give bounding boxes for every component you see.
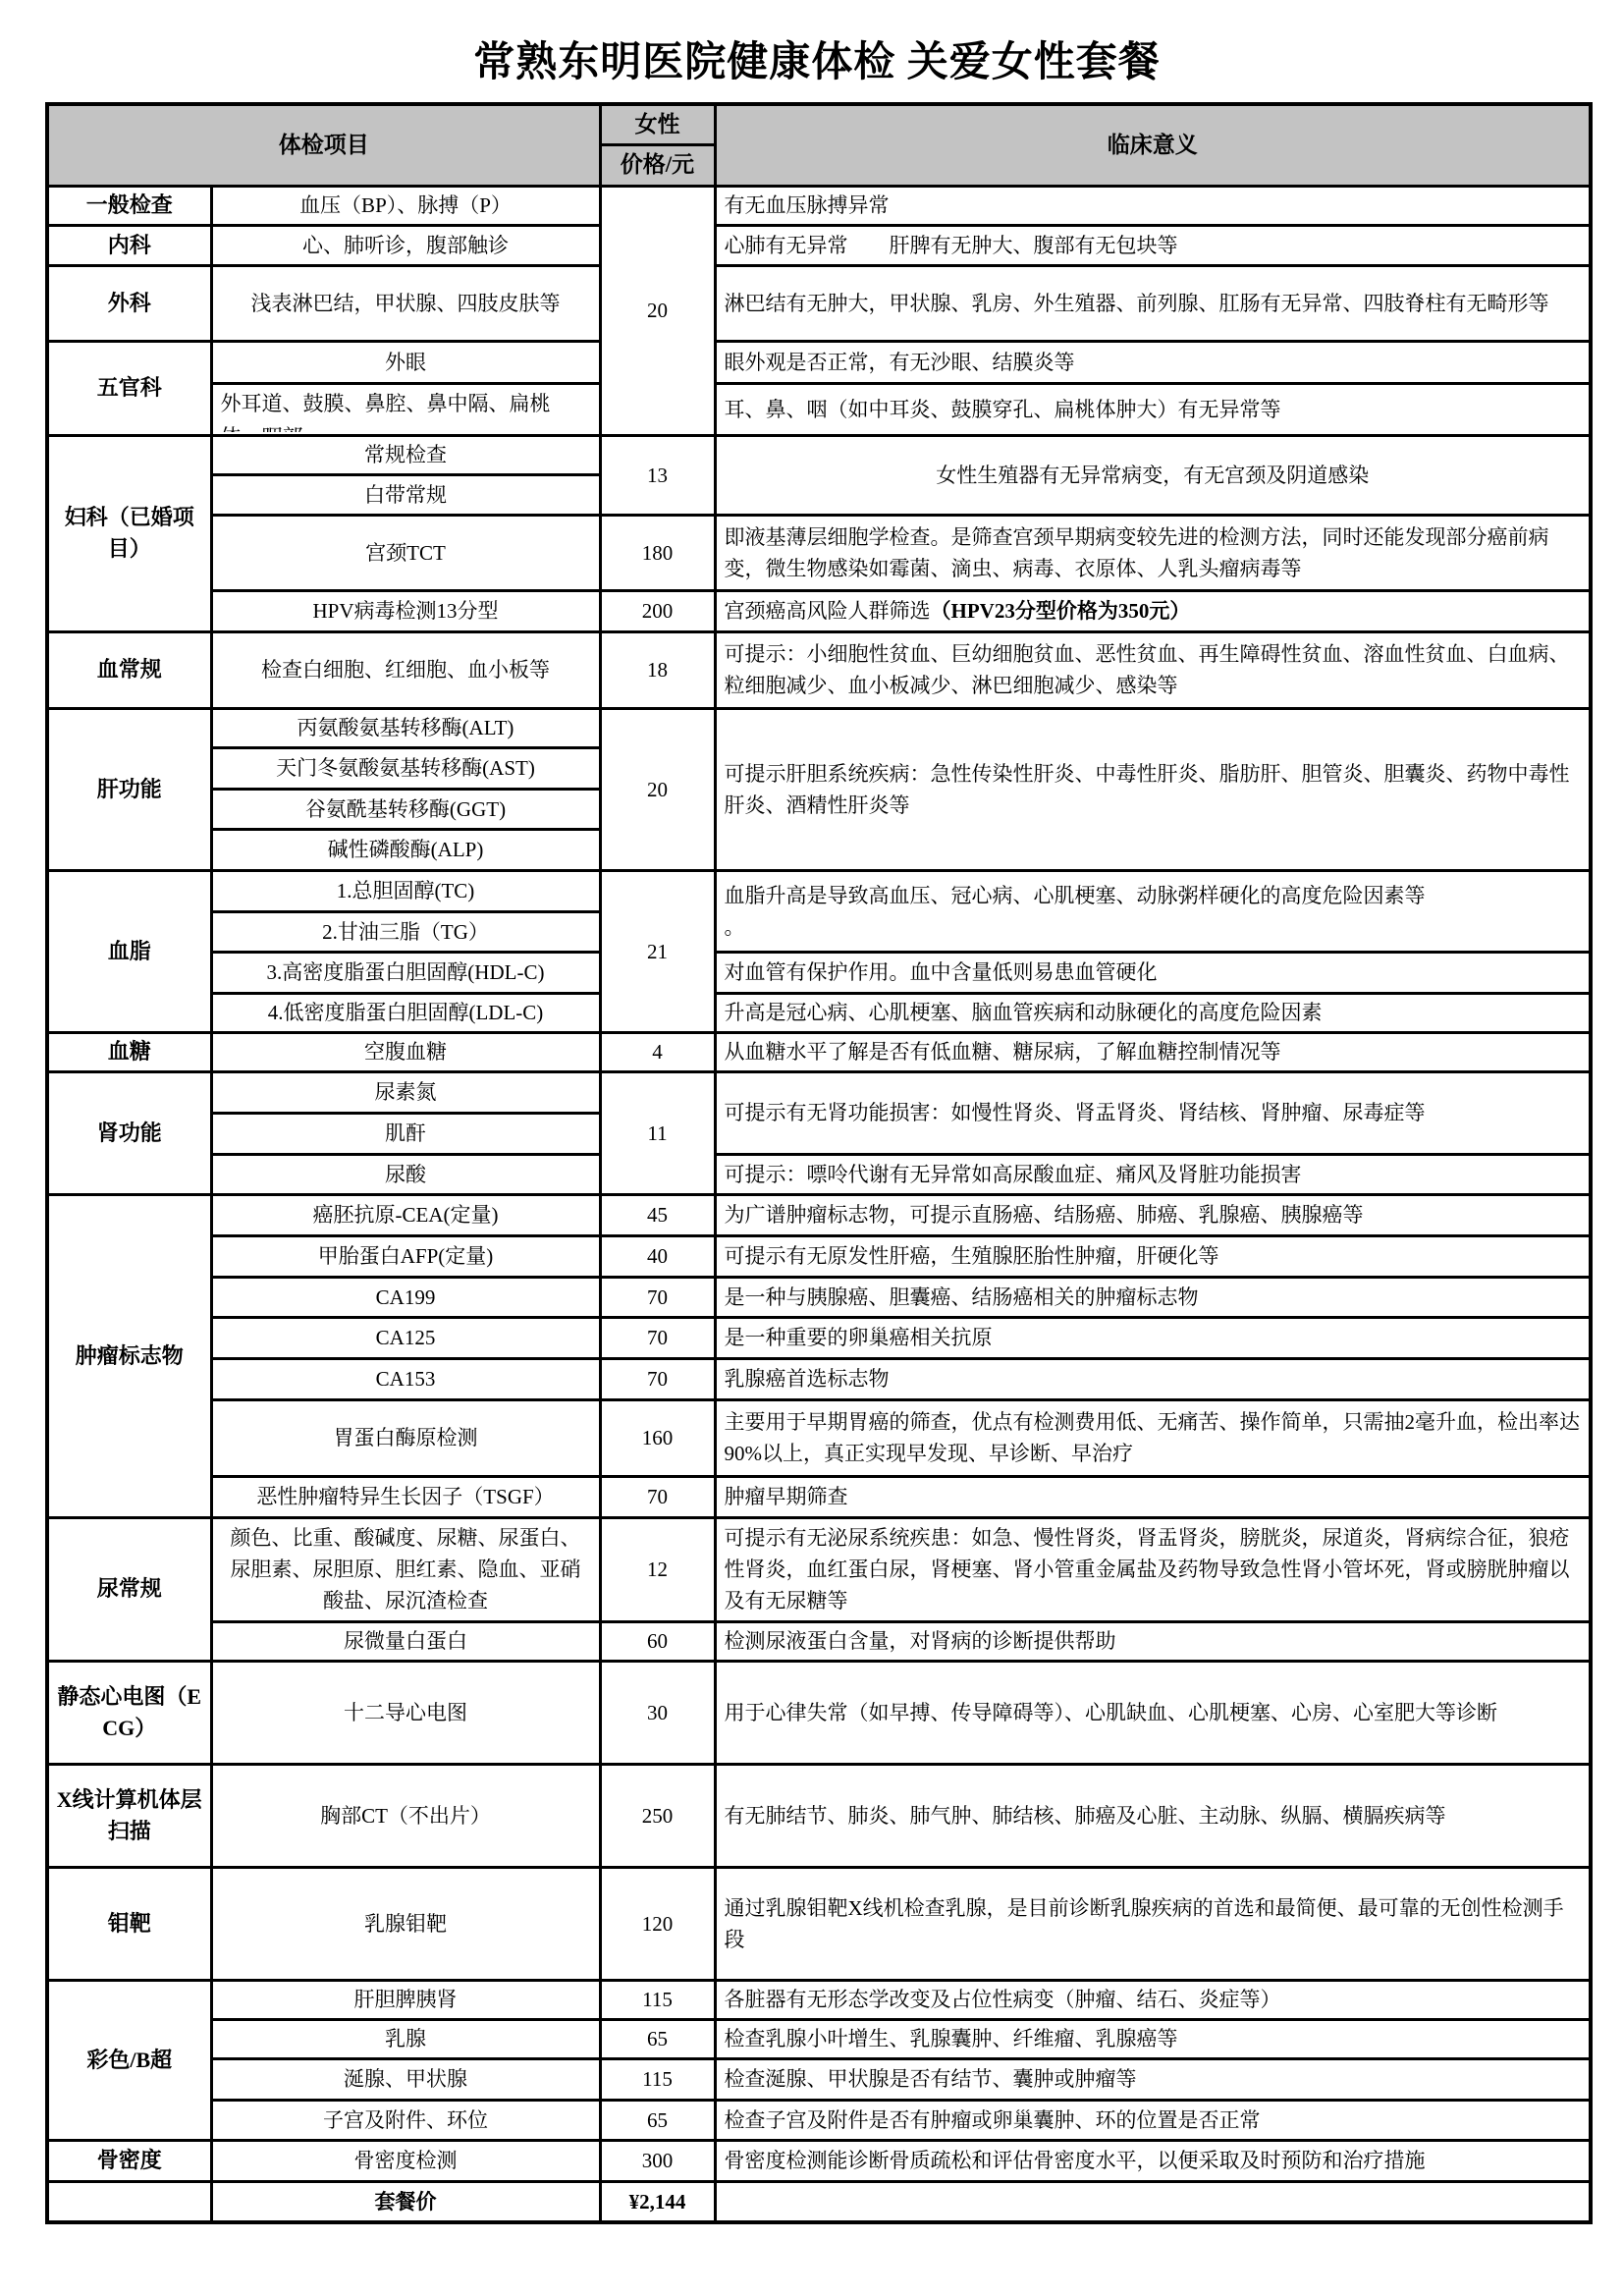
table-row: 外科 浅表淋巴结，甲状腺、四肢皮肤等 淋巴结有无肿大，甲状腺、乳房、外生殖器、前… xyxy=(47,265,1591,341)
page: 常熟东明医院健康体检 关爱女性套餐 体检项目 女性 临床意义 价格/元 一般检查… xyxy=(0,0,1623,2224)
table-row: 一般检查 血压（BP）、脉搏（P） 20 有无血压脉搏异常 xyxy=(47,186,1591,225)
urine-routine-price: 12 xyxy=(600,1517,715,1621)
ultrasound-salivary-thyroid-meaning: 检查涎腺、甲状腺是否有结节、囊肿或肿瘤等 xyxy=(715,2058,1591,2100)
bone-density-price: 300 xyxy=(600,2140,715,2181)
surgery-meaning: 淋巴结有无肿大，甲状腺、乳房、外生殖器、前列腺、肛肠有无异常、四肢脊柱有无畸形等 xyxy=(715,265,1591,341)
bone-density-meaning: 骨密度检测能诊断骨质疏松和评估骨密度水平，以便采取及时预防和治疗措施 xyxy=(715,2140,1591,2181)
table-row: 胃蛋白酶原检测 160 主要用于早期胃癌的筛查，优点有检测费用低、无痛苦、操作简… xyxy=(47,1399,1591,1476)
glucose-price: 4 xyxy=(600,1032,715,1071)
total-empty-meaning xyxy=(715,2181,1591,2222)
ent-ear-meaning: 耳、鼻、咽（如中耳炎、鼓膜穿孔、扁桃体肿大）有无异常等 xyxy=(715,383,1591,435)
mammography-price: 120 xyxy=(600,1867,715,1980)
kidney-function-category: 肾功能 xyxy=(47,1071,211,1194)
table-row: 宫颈TCT 180 即液基薄层细胞学检查。是筛查宫颈早期病变较先进的检测方法，同… xyxy=(47,515,1591,590)
tumor-ca125-meaning: 是一种重要的卵巢癌相关抗原 xyxy=(715,1317,1591,1358)
liver-alt-item: 丙氨酸氨基转移酶(ALT) xyxy=(211,708,600,747)
ultrasound-salivary-thyroid-price: 115 xyxy=(600,2058,715,2100)
urine-microalbumin-price: 60 xyxy=(600,1621,715,1661)
tumor-cea-item: 癌胚抗原-CEA(定量) xyxy=(211,1194,600,1235)
ct-scan-price: 250 xyxy=(600,1764,715,1867)
tumor-ca199-meaning: 是一种与胰腺癌、胆囊癌、结肠癌相关的肿瘤标志物 xyxy=(715,1277,1591,1317)
kidney-ua-meaning: 可提示：嘌呤代谢有无异常如高尿酸血症、痛风及肾脏功能损害 xyxy=(715,1154,1591,1194)
table-row: 恶性肿瘤特异生长因子（TSGF） 70 肿瘤早期筛查 xyxy=(47,1476,1591,1517)
blood-routine-item: 检查白细胞、红细胞、血小板等 xyxy=(211,631,600,708)
urine-routine-item: 颜色、比重、酸碱度、尿糖、尿蛋白、尿胆素、尿胆原、胆红素、隐血、亚硝酸盐、尿沉渣… xyxy=(211,1517,600,1621)
ultrasound-breast-price: 65 xyxy=(600,2019,715,2058)
kidney-bun-cr-meaning: 可提示有无肾功能损害：如慢性肾炎、肾盂肾炎、肾结核、肾肿瘤、尿毒症等 xyxy=(715,1071,1591,1154)
liver-alp-item: 碱性磷酸酶(ALP) xyxy=(211,829,600,870)
table-row: 妇科（已婚项目） 常规检查 13 女性生殖器有无异常病变，有无宫颈及阴道感染 xyxy=(47,435,1591,474)
gyn-tct-price: 180 xyxy=(600,515,715,590)
tumor-tsgf-price: 70 xyxy=(600,1476,715,1517)
ct-scan-item: 胸部CT（不出片） xyxy=(211,1764,600,1867)
liver-function-price: 20 xyxy=(600,708,715,870)
blood-routine-category: 血常规 xyxy=(47,631,211,708)
ecg-item: 十二导心电图 xyxy=(211,1661,600,1764)
page-title: 常熟东明医院健康体检 关爱女性套餐 xyxy=(45,29,1589,88)
header-exam-items: 体检项目 xyxy=(47,104,600,186)
internal-medicine-item: 心、肺听诊，腹部触诊 xyxy=(211,225,600,265)
ecg-category: 静态心电图（ECG） xyxy=(47,1661,211,1764)
lipid-tc-item: 1.总胆固醇(TC) xyxy=(211,870,600,911)
package-price-label: 套餐价 xyxy=(211,2181,600,2222)
table-row: 肾功能 尿素氮 11 可提示有无肾功能损害：如慢性肾炎、肾盂肾炎、肾结核、肾肿瘤… xyxy=(47,1071,1591,1113)
tumor-pepsinogen-price: 160 xyxy=(600,1399,715,1476)
blood-lipid-category: 血脂 xyxy=(47,870,211,1032)
table-row: 4.低密度脂蛋白胆固醇(LDL-C) 升高是冠心病、心肌梗塞、脑血管疾病和动脉硬… xyxy=(47,993,1591,1032)
tumor-afp-price: 40 xyxy=(600,1235,715,1277)
ecg-price: 30 xyxy=(600,1661,715,1764)
surgery-category: 外科 xyxy=(47,265,211,341)
tumor-ca125-item: CA125 xyxy=(211,1317,600,1358)
table-row: 骨密度 骨密度检测 300 骨密度检测能诊断骨质疏松和评估骨密度水平，以便采取及… xyxy=(47,2140,1591,2181)
table-row: 肝功能 丙氨酸氨基转移酶(ALT) 20 可提示肝胆系统疾病：急性传染性肝炎、中… xyxy=(47,708,1591,747)
ultrasound-breast-meaning: 检查乳腺小叶增生、乳腺囊肿、纤维瘤、乳腺癌等 xyxy=(715,2019,1591,2058)
general-exam-item: 血压（BP）、脉搏（P） xyxy=(211,186,600,225)
tumor-ca153-price: 70 xyxy=(600,1358,715,1399)
ultrasound-uterus-item: 子宫及附件、环位 xyxy=(211,2100,600,2140)
tumor-afp-item: 甲胎蛋白AFP(定量) xyxy=(211,1235,600,1277)
gyn-regular-meaning: 女性生殖器有无异常病变，有无宫颈及阴道感染 xyxy=(715,435,1591,515)
kidney-ua-item: 尿酸 xyxy=(211,1154,600,1194)
bone-density-item: 骨密度检测 xyxy=(211,2140,600,2181)
tumor-markers-category: 肿瘤标志物 xyxy=(47,1194,211,1517)
table-row: 甲胎蛋白AFP(定量) 40 可提示有无原发性肝癌，生殖腺胚胎性肿瘤，肝硬化等 xyxy=(47,1235,1591,1277)
table-row: HPV病毒检测13分型 200 宫颈癌高风险人群筛选（HPV23分型价格为350… xyxy=(47,590,1591,631)
tumor-ca153-meaning: 乳腺癌首选标志物 xyxy=(715,1358,1591,1399)
package-price-value: ¥2,144 xyxy=(600,2181,715,2222)
tumor-ca199-item: CA199 xyxy=(211,1277,600,1317)
ultrasound-abdomen-price: 115 xyxy=(600,1980,715,2019)
table-row: 尿微量白蛋白 60 检测尿液蛋白含量，对肾病的诊断提供帮助 xyxy=(47,1621,1591,1661)
ecg-meaning: 用于心律失常（如早搏、传导障碍等）、心肌缺血、心肌梗塞、心房、心室肥大等诊断 xyxy=(715,1661,1591,1764)
ultrasound-category: 彩色/B超 xyxy=(47,1980,211,2140)
table-row: 血常规 检查白细胞、红细胞、血小板等 18 可提示：小细胞性贫血、巨幼细胞贫血、… xyxy=(47,631,1591,708)
table-row: 涎腺、甲状腺 115 检查涎腺、甲状腺是否有结节、囊肿或肿瘤等 xyxy=(47,2058,1591,2100)
mammography-meaning: 通过乳腺钼靶X线机检查乳腺，是目前诊断乳腺疾病的首选和最简便、最可靠的无创性检测… xyxy=(715,1867,1591,1980)
gyn-tct-item: 宫颈TCT xyxy=(211,515,600,590)
general-exam-meaning: 有无血压脉搏异常 xyxy=(715,186,1591,225)
lipid-tc-tg-meaning: 血脂升高是导致高血压、冠心病、心肌梗塞、动脉粥样硬化的高度危险因素等。 xyxy=(715,870,1591,952)
tumor-ca125-price: 70 xyxy=(600,1317,715,1358)
gynecology-category: 妇科（已婚项目） xyxy=(47,435,211,631)
ultrasound-breast-item: 乳腺 xyxy=(211,2019,600,2058)
blood-lipid-price: 21 xyxy=(600,870,715,1032)
kidney-cr-item: 肌酐 xyxy=(211,1113,600,1154)
ct-scan-meaning: 有无肺结节、肺炎、肺气肿、肺结核、肺癌及心脏、主动脉、纵膈、横膈疾病等 xyxy=(715,1764,1591,1867)
bone-density-category: 骨密度 xyxy=(47,2140,211,2181)
table-row: 肿瘤标志物 癌胚抗原-CEA(定量) 45 为广谱肿瘤标志物，可提示直肠癌、结肠… xyxy=(47,1194,1591,1235)
ultrasound-salivary-thyroid-item: 涎腺、甲状腺 xyxy=(211,2058,600,2100)
urine-microalbumin-meaning: 检测尿液蛋白含量，对肾病的诊断提供帮助 xyxy=(715,1621,1591,1661)
internal-medicine-meaning: 心肺有无异常 肝脾有无肿大、腹部有无包块等 xyxy=(715,225,1591,265)
internal-medicine-category: 内科 xyxy=(47,225,211,265)
header-clinical-meaning: 临床意义 xyxy=(715,104,1591,186)
ent-eye-item: 外眼 xyxy=(211,341,600,383)
tumor-ca199-price: 70 xyxy=(600,1277,715,1317)
table-row: 套餐价 ¥2,144 xyxy=(47,2181,1591,2222)
table-row: 尿常规 颜色、比重、酸碱度、尿糖、尿蛋白、尿胆素、尿胆原、胆红素、隐血、亚硝酸盐… xyxy=(47,1517,1591,1621)
table-row: X线计算机体层扫描 胸部CT（不出片） 250 有无肺结节、肺炎、肺气肿、肺结核… xyxy=(47,1764,1591,1867)
table-row: 血糖 空腹血糖 4 从血糖水平了解是否有低血糖、糖尿病，了解血糖控制情况等 xyxy=(47,1032,1591,1071)
lipid-tg-item: 2.甘油三脂（TG） xyxy=(211,911,600,952)
glucose-meaning: 从血糖水平了解是否有低血糖、糖尿病，了解血糖控制情况等 xyxy=(715,1032,1591,1071)
gyn-hpv-meaning-bold-note: （HPV23分型价格为350元） xyxy=(931,599,1191,623)
ct-scan-category: X线计算机体层扫描 xyxy=(47,1764,211,1867)
table-row: 钼靶 乳腺钼靶 120 通过乳腺钼靶X线机检查乳腺，是目前诊断乳腺疾病的首选和最… xyxy=(47,1867,1591,1980)
lipid-meaning-line1: 血脂升高是导致高血压、冠心病、心肌梗塞、动脉粥样硬化的高度危险因素等 xyxy=(725,884,1426,907)
liver-ast-item: 天门冬氨酸氨基转移酶(AST) xyxy=(211,747,600,789)
tumor-pepsinogen-item: 胃蛋白酶原检测 xyxy=(211,1399,600,1476)
tumor-ca153-item: CA153 xyxy=(211,1358,600,1399)
glucose-item: 空腹血糖 xyxy=(211,1032,600,1071)
ent-category: 五官科 xyxy=(47,341,211,435)
ultrasound-uterus-price: 65 xyxy=(600,2100,715,2140)
table-row: CA153 70 乳腺癌首选标志物 xyxy=(47,1358,1591,1399)
table-row: CA199 70 是一种与胰腺癌、胆囊癌、结肠癌相关的肿瘤标志物 xyxy=(47,1277,1591,1317)
table-row: 彩色/B超 肝胆脾胰肾 115 各脏器有无形态学改变及占位性病变（肿瘤、结石、炎… xyxy=(47,1980,1591,2019)
ent-ear-item: 外耳道、鼓膜、鼻腔、鼻中隔、扁桃体、咽部 xyxy=(211,383,600,435)
table-row: 尿酸 可提示：嘌呤代谢有无异常如高尿酸血症、痛风及肾脏功能损害 xyxy=(47,1154,1591,1194)
gyn-hpv-item: HPV病毒检测13分型 xyxy=(211,590,600,631)
gyn-regular-item: 常规检查 xyxy=(211,435,600,474)
total-empty-category xyxy=(47,2181,211,2222)
ultrasound-abdomen-meaning: 各脏器有无形态学改变及占位性病变（肿瘤、结石、炎症等） xyxy=(715,1980,1591,2019)
liver-function-category: 肝功能 xyxy=(47,708,211,870)
gyn-hpv-meaning-text: 宫颈癌高风险人群筛选 xyxy=(725,599,931,623)
table-row: 3.高密度脂蛋白胆固醇(HDL-C) 对血管有保护作用。血中含量低则易患血管硬化 xyxy=(47,952,1591,993)
mammography-item: 乳腺钼靶 xyxy=(211,1867,600,1980)
liver-function-meaning: 可提示肝胆系统疾病：急性传染性肝炎、中毒性肝炎、脂肪肝、胆管炎、胆囊炎、药物中毒… xyxy=(715,708,1591,870)
mammography-category: 钼靶 xyxy=(47,1867,211,1980)
general-exam-category: 一般检查 xyxy=(47,186,211,225)
tumor-cea-meaning: 为广谱肿瘤标志物，可提示直肠癌、结肠癌、肺癌、乳腺癌、胰腺癌等 xyxy=(715,1194,1591,1235)
table-row: CA125 70 是一种重要的卵巢癌相关抗原 xyxy=(47,1317,1591,1358)
tumor-pepsinogen-meaning: 主要用于早期胃癌的筛查，优点有检测费用低、无痛苦、操作简单，只需抽2毫升血，检出… xyxy=(715,1399,1591,1476)
surgery-item: 浅表淋巴结，甲状腺、四肢皮肤等 xyxy=(211,265,600,341)
basic-exams-price: 20 xyxy=(600,186,715,435)
lipid-hdl-meaning: 对血管有保护作用。血中含量低则易患血管硬化 xyxy=(715,952,1591,993)
checkup-price-table: 体检项目 女性 临床意义 价格/元 一般检查 血压（BP）、脉搏（P） 20 有… xyxy=(45,102,1593,2224)
lipid-hdl-item: 3.高密度脂蛋白胆固醇(HDL-C) xyxy=(211,952,600,993)
tumor-afp-meaning: 可提示有无原发性肝癌，生殖腺胚胎性肿瘤，肝硬化等 xyxy=(715,1235,1591,1277)
tumor-cea-price: 45 xyxy=(600,1194,715,1235)
table-row: 静态心电图（ECG） 十二导心电图 30 用于心律失常（如早搏、传导障碍等）、心… xyxy=(47,1661,1591,1764)
gyn-leukorrhea-item: 白带常规 xyxy=(211,474,600,515)
header-price-unit: 价格/元 xyxy=(600,144,715,186)
blood-glucose-category: 血糖 xyxy=(47,1032,211,1071)
lipid-ldl-item: 4.低密度脂蛋白胆固醇(LDL-C) xyxy=(211,993,600,1032)
lipid-meaning-line2: 。 xyxy=(725,915,745,939)
kidney-bun-item: 尿素氮 xyxy=(211,1071,600,1113)
gyn-tct-meaning: 即液基薄层细胞学检查。是筛查宫颈早期病变较先进的检测方法，同时还能发现部分癌前病… xyxy=(715,515,1591,590)
urine-routine-meaning: 可提示有无泌尿系统疾患：如急、慢性肾炎，肾盂肾炎，膀胱炎，尿道炎，肾病综合征，狼… xyxy=(715,1517,1591,1621)
table-row: 内科 心、肺听诊，腹部触诊 心肺有无异常 肝脾有无肿大、腹部有无包块等 xyxy=(47,225,1591,265)
urine-microalbumin-item: 尿微量白蛋白 xyxy=(211,1621,600,1661)
blood-routine-price: 18 xyxy=(600,631,715,708)
urine-routine-category: 尿常规 xyxy=(47,1517,211,1661)
gyn-hpv-price: 200 xyxy=(600,590,715,631)
table-row: 外耳道、鼓膜、鼻腔、鼻中隔、扁桃体、咽部 耳、鼻、咽（如中耳炎、鼓膜穿孔、扁桃体… xyxy=(47,383,1591,435)
table-row: 子宫及附件、环位 65 检查子宫及附件是否有肿瘤或卵巢囊肿、环的位置是否正常 xyxy=(47,2100,1591,2140)
table-row: 乳腺 65 检查乳腺小叶增生、乳腺囊肿、纤维瘤、乳腺癌等 xyxy=(47,2019,1591,2058)
blood-routine-meaning: 可提示：小细胞性贫血、巨幼细胞贫血、恶性贫血、再生障碍性贫血、溶血性贫血、白血病… xyxy=(715,631,1591,708)
lipid-ldl-meaning: 升高是冠心病、心肌梗塞、脑血管疾病和动脉硬化的高度危险因素 xyxy=(715,993,1591,1032)
tumor-tsgf-meaning: 肿瘤早期筛查 xyxy=(715,1476,1591,1517)
ultrasound-abdomen-item: 肝胆脾胰肾 xyxy=(211,1980,600,2019)
kidney-function-price: 11 xyxy=(600,1071,715,1194)
header-gender: 女性 xyxy=(600,104,715,144)
table-row: 五官科 外眼 眼外观是否正常，有无沙眼、结膜炎等 xyxy=(47,341,1591,383)
tumor-tsgf-item: 恶性肿瘤特异生长因子（TSGF） xyxy=(211,1476,600,1517)
liver-ggt-item: 谷氨酰基转移酶(GGT) xyxy=(211,789,600,829)
ultrasound-uterus-meaning: 检查子宫及附件是否有肿瘤或卵巢囊肿、环的位置是否正常 xyxy=(715,2100,1591,2140)
ent-eye-meaning: 眼外观是否正常，有无沙眼、结膜炎等 xyxy=(715,341,1591,383)
table-row: 血脂 1.总胆固醇(TC) 21 血脂升高是导致高血压、冠心病、心肌梗塞、动脉粥… xyxy=(47,870,1591,911)
gyn-hpv-meaning: 宫颈癌高风险人群筛选（HPV23分型价格为350元） xyxy=(715,590,1591,631)
gyn-regular-price: 13 xyxy=(600,435,715,515)
